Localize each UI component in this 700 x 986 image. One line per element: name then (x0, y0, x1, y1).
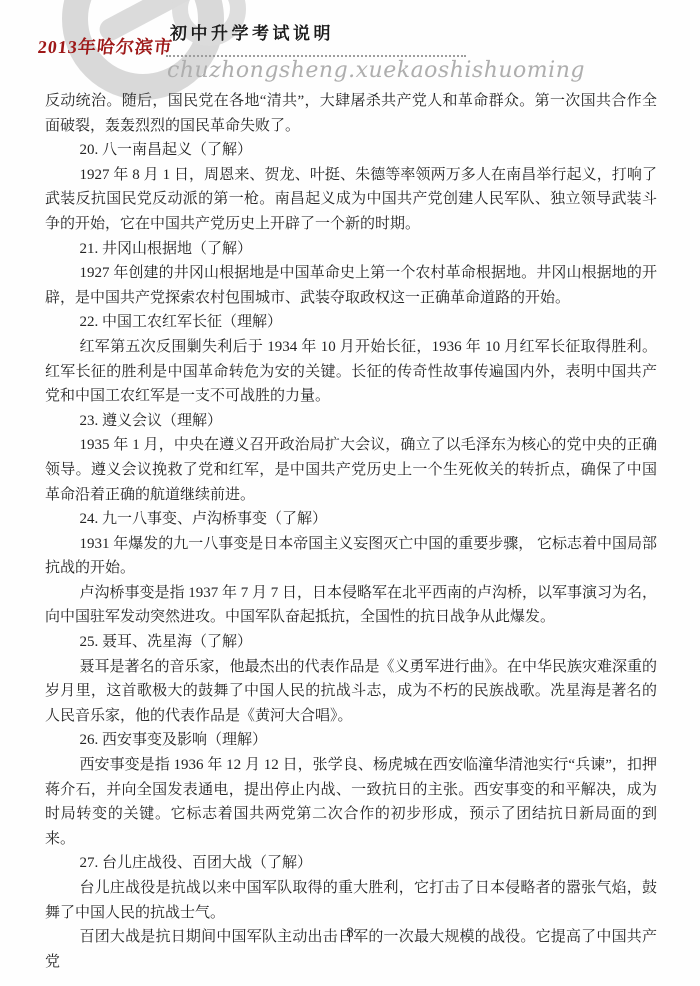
paragraph: 1931 年爆发的九一八事变是日本帝国主义妄图灭亡中国的重要步骤， 它标志着中国… (45, 532, 657, 581)
section-heading-23: 23. 遵义会议（理解） (45, 409, 657, 434)
document-body: 反动统治。随后，国民党在各地“清共”，大肆屠杀共产党人和革命群众。第一次国共合作… (45, 89, 657, 974)
paragraph: 红军第五次反围剿失利后于 1934 年 10 月开始长征，1936 年 10 月… (45, 335, 657, 409)
section-heading-27: 27. 台儿庄战役、百团大战（了解） (45, 851, 657, 876)
section-heading-22: 22. 中国工农红军长征（理解） (45, 310, 657, 335)
paragraph: 西安事变是指 1936 年 12 月 12 日，张学良、杨虎城在西安临潼华清池实… (45, 753, 657, 851)
paragraph: 1935 年 1 月，中央在遵义召开政治局扩大会议，确立了以毛泽东为核心的党中央… (45, 433, 657, 507)
paragraph-continuation: 反动统治。随后，国民党在各地“清共”，大肆屠杀共产党人和革命群众。第一次国共合作… (45, 89, 657, 138)
page-header: 2013年哈尔滨市 初中升学考试说明 chuzhongsheng.xuekaos… (0, 0, 700, 90)
section-heading-20: 20. 八一南昌起义（了解） (45, 138, 657, 163)
title-divider (166, 55, 466, 57)
section-heading-21: 21. 井冈山根据地（了解） (45, 237, 657, 262)
page-title: 初中升学考试说明 (170, 19, 334, 44)
paragraph: 台儿庄战役是抗战以来中国军队取得的重大胜利，它打击了日本侵略者的嚣张气焰，鼓舞了… (45, 876, 657, 925)
section-heading-26: 26. 西安事变及影响（理解） (45, 728, 657, 753)
title-pinyin: chuzhongsheng.xuekaoshishuoming (167, 58, 585, 83)
paragraph: 聂耳是著名的音乐家，他最杰出的代表作品是《义勇军进行曲》。在中华民族灾难深重的岁… (45, 655, 657, 729)
document-page: 2013年哈尔滨市 初中升学考试说明 chuzhongsheng.xuekaos… (0, 0, 700, 986)
page-number: 8 (0, 925, 700, 942)
paragraph: 1927 年 8 月 1 日，周恩来、贺龙、叶挺、朱德等率领两万多人在南昌举行起… (45, 163, 657, 237)
edition-label: 2013年哈尔滨市 (37, 33, 175, 59)
paragraph: 1927 年创建的井冈山根据地是中国革命史上第一个农村革命根据地。井冈山根据地的… (45, 261, 657, 310)
section-heading-24: 24. 九一八事变、卢沟桥事变（了解） (45, 507, 657, 532)
section-heading-25: 25. 聂耳、冼星海（了解） (45, 630, 657, 655)
paragraph: 卢沟桥事变是指 1937 年 7 月 7 日，日本侵略军在北平西南的卢沟桥，以军… (45, 581, 657, 630)
